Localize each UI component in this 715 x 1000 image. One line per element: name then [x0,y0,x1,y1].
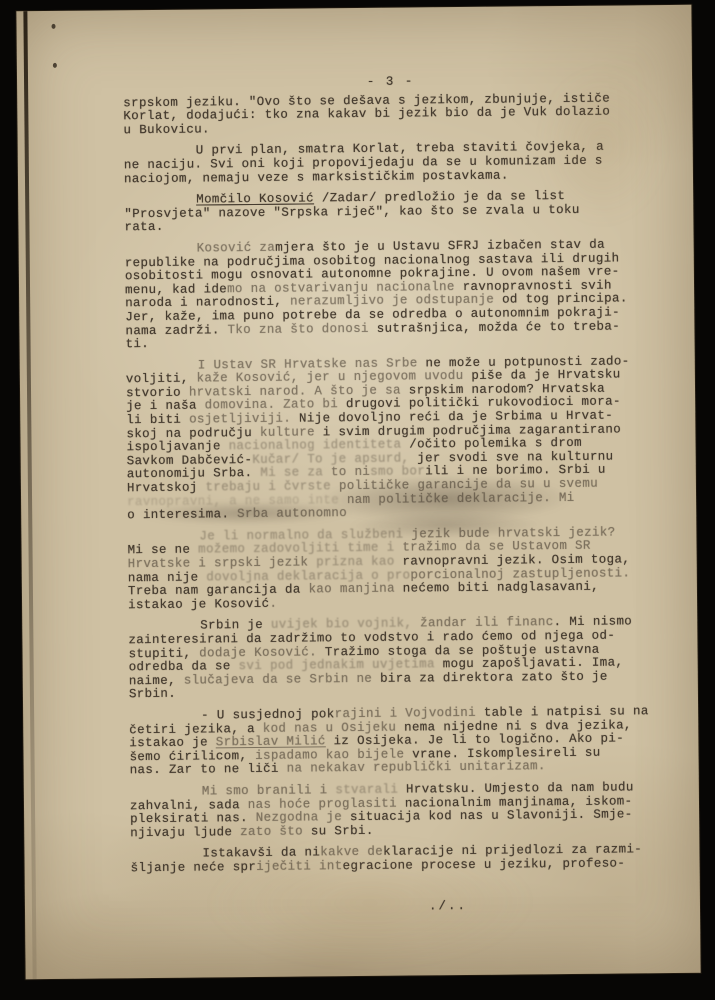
text-segment: voljiti, [126,372,197,387]
text-segment: domovina. Zato bi [205,398,346,413]
text-segment: Mi se za [260,466,323,481]
text-segment: osjetljiviji. [189,412,299,427]
staple-hole [51,24,55,29]
text-segment: li biti [126,413,189,428]
text-segment: stupiti, [128,646,199,661]
text-segment: ispoljavanje [126,439,228,454]
text-segment: to ni [323,465,370,479]
text-segment: nas. Zar to ne liči [130,762,287,778]
text-segment: Kosović za [197,241,276,256]
text-segment: smo bor [370,465,425,480]
text-segment: na nekakav repu [287,761,405,776]
text-segment: istakao je [129,736,216,751]
text-segment: nam političke deklaracije. Mi [339,491,575,507]
text-segment: . Mi nismo [554,615,633,630]
text-segment: Mi smo branili i [202,783,336,798]
text-segment: porcionalnoj zastupljenosti. [410,566,630,582]
text-segment: nas hoće proglasiti [248,796,405,812]
text-segment: nama zadrži. [125,323,227,338]
paragraph: Srbin je uvijek bio vojnik, žandar ili f… [128,615,664,702]
text-segment: nerazumljivo je odstupanje [290,293,502,309]
text-segment: je i naša [126,399,205,414]
paper-stain [204,836,535,969]
text-segment: prizna kao [316,555,403,570]
text-segment: Srba autonomno [229,506,347,521]
text-segment: stvarali [335,783,398,798]
text-segment: su Srbi. [311,824,374,839]
text-line: istakao je Kosović. [128,594,663,613]
text-segment: Hrvatskoj [127,481,206,496]
text-segment: Tko zna što donosi [227,321,376,336]
text-line: nas. Zar to ne liči na nekakav republičk… [130,759,665,778]
scan-background: { "page": { "number_label": "- 3 -", "en… [0,0,715,1000]
text-segment: kulture [260,425,315,440]
paragraph: Mi smo branili i stvarali Hrvatsku. Umje… [130,781,665,841]
text-segment: blički unitarizam. [404,760,545,775]
text-segment: svi pod jednakim uvjetima [239,657,443,673]
text-segment: kao manjina [308,582,402,597]
text-segment: - U susjednoj pok [201,707,335,722]
text-segment: bira za direktora zato što je [380,669,608,685]
paragraph: Je li normalno da službeni jezik bude hr… [127,526,663,613]
scanned-page: - 3 - srpskom jeziku. "Ovo što se dešava… [16,5,700,979]
text-segment: rajini i Vojvodini [335,706,476,721]
text-segment: Srbislav Milić [216,734,326,749]
text-segment: Srbin. [129,687,176,701]
paper-edge-shadow [23,11,36,979]
text-segment: uvijek bio vojnik, [271,617,420,632]
text-segment: u Bukovicu. [123,122,210,137]
text-segment: trebaju i čvrste [205,479,339,494]
text-segment: njivaju ljude [130,825,240,840]
scan-area: - 3 - srpskom jeziku. "Ovo što se dešava… [0,0,715,1000]
paper-stain [537,65,669,226]
text-segment: Nezgodna je [256,810,350,825]
text-segment: o interesima. [127,507,229,522]
text-segment: Mi se ne [127,543,198,558]
paragraph: Kosović zamjera što je u Ustavu SFRJ izb… [125,238,661,352]
text-segment: slučajeva da se Srbin ne [184,672,380,688]
text-segment: kod nas u Osijeku [263,720,404,735]
text-segment: ti. [126,337,150,351]
text-segment: istakao je Kosović [128,597,269,612]
staple-hole [53,63,57,68]
continuation-mark: ./.. [429,899,467,913]
text-segment: naciojom, nemaju veze s marksističkim po… [124,168,509,186]
text-segment: sutrašnjica, možda će to treba- [377,319,621,335]
text-segment: tražimo da se Ustavom SR [402,539,591,555]
paragraph: - U susjednoj pokrajini i Vojvodini tabl… [129,705,665,778]
text-segment: Treba nam garancija da [128,583,309,599]
text-segment: rata. [124,220,163,234]
paragraph: I Ustav SR Hrvatske nas Srbe ne može u p… [126,355,663,523]
text-segment: odredba da se [129,659,239,674]
text-segment: . [269,597,277,611]
text-segment: žandar ili financ [420,616,554,631]
text-segment: zato što [240,824,311,839]
text-segment: Srbin je [200,618,271,633]
